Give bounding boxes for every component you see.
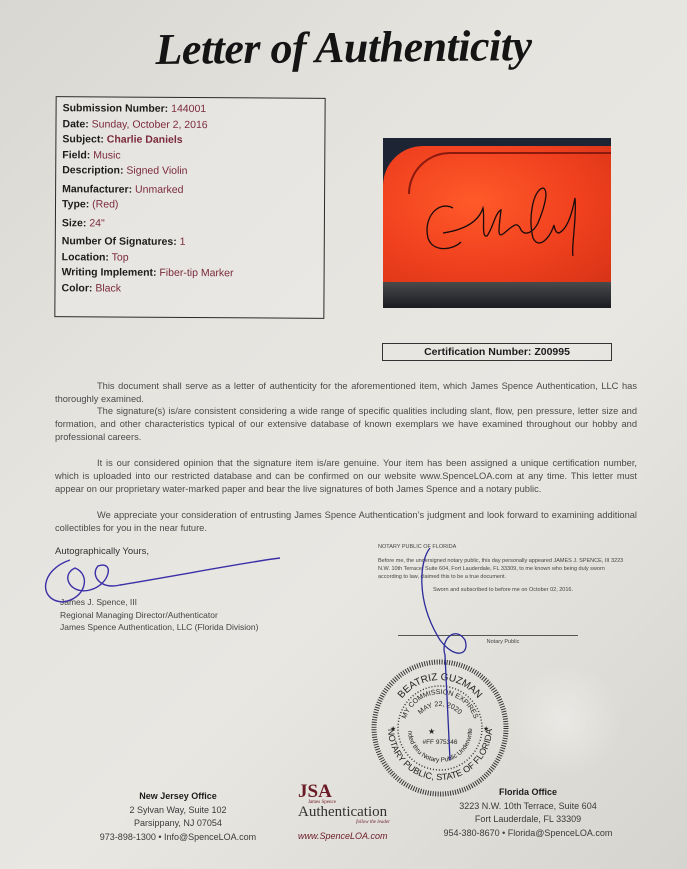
detail-label: Submission Number: xyxy=(63,102,169,115)
notary-block: NOTARY PUBLIC OF FLORIDA Before me, the … xyxy=(378,543,628,594)
detail-row: Size: 24" xyxy=(62,216,318,233)
detail-label: Field: xyxy=(62,149,90,161)
item-details-box: Submission Number: 144001Date: Sunday, O… xyxy=(54,96,325,319)
detail-label: Date: xyxy=(62,118,88,130)
detail-label: Size: xyxy=(62,217,87,229)
fl-office-line1: 3223 N.W. 10th Terrace, Suite 604 xyxy=(418,800,638,814)
detail-row: Description: Signed Violin xyxy=(62,163,318,180)
paragraph-3: It is our considered opinion that the si… xyxy=(55,457,637,496)
svg-text:NOTARY PUBLIC, STATE OF FLORID: NOTARY PUBLIC, STATE OF FLORIDA xyxy=(386,728,494,782)
fl-office-heading: Florida Office xyxy=(418,786,638,800)
fl-office: Florida Office 3223 N.W. 10th Terrace, S… xyxy=(418,786,638,840)
signoff: Autographically Yours, xyxy=(55,546,149,557)
notary-sworn: Sworn and subscribed to before me on Oct… xyxy=(378,586,628,594)
svg-text:★: ★ xyxy=(390,725,396,733)
svg-text:#FF 975346: #FF 975346 xyxy=(422,739,457,746)
detail-value: 1 xyxy=(180,236,186,248)
detail-row: Field: Music xyxy=(62,148,318,165)
paragraph-4: We appreciate your consideration of entr… xyxy=(55,509,637,535)
paragraph-text: The signature(s) is/are consistent consi… xyxy=(55,405,637,444)
detail-row: Number Of Signatures: 1 xyxy=(62,234,318,251)
website-link[interactable]: www.SpenceLOA.com xyxy=(298,831,408,841)
item-photo xyxy=(383,138,611,308)
detail-label: Location: xyxy=(62,251,109,263)
notary-seal-icon: BEATRIZ GUZMAN MY COMMISSION EXPIRES MAY… xyxy=(370,658,510,798)
certification-number: Certification Number: Z00995 xyxy=(382,343,612,361)
detail-row: Manufacturer: Unmarked xyxy=(62,182,318,199)
logo-tagline: follow the leader xyxy=(298,820,390,825)
detail-label: Color: xyxy=(61,282,92,294)
logo-word: Authentication xyxy=(298,805,408,820)
notary-signature-line xyxy=(398,635,578,636)
detail-label: Number Of Signatures: xyxy=(62,235,177,248)
paragraph-text: This document shall serve as a letter of… xyxy=(55,380,637,406)
notary-statement: Before me, the undersigned notary public… xyxy=(378,557,628,581)
detail-value: Black xyxy=(95,282,121,294)
paragraph-text: We appreciate your consideration of entr… xyxy=(55,509,637,535)
nj-office-line1: 2 Sylvan Way, Suite 102 xyxy=(88,804,268,818)
detail-value: 24" xyxy=(89,217,104,229)
detail-row: Color: Black xyxy=(61,281,317,298)
detail-value: Signed Violin xyxy=(126,165,187,177)
nj-office-heading: New Jersey Office xyxy=(88,790,268,804)
nj-office-line2: Parsippany, NJ 07054 xyxy=(88,817,268,831)
paragraph-text: It is our considered opinion that the si… xyxy=(55,457,637,496)
paragraph-2: The signature(s) is/are consistent consi… xyxy=(55,405,637,444)
detail-row: Subject: Charlie Daniels xyxy=(62,132,318,149)
detail-label: Manufacturer: xyxy=(62,183,132,195)
detail-label: Subject: xyxy=(62,133,103,145)
detail-value: Unmarked xyxy=(135,183,184,195)
detail-value: Fiber-tip Marker xyxy=(159,267,233,279)
detail-value: Top xyxy=(112,251,129,263)
nj-office-contact: 973-898-1300 • Info@SpenceLOA.com xyxy=(88,831,268,845)
detail-label: Type: xyxy=(62,198,89,210)
autograph-signature-icon xyxy=(383,138,611,308)
nj-office: New Jersey Office 2 Sylvan Way, Suite 10… xyxy=(88,790,268,844)
notary-line-label: Notary Public xyxy=(378,638,628,646)
notary-heading: NOTARY PUBLIC OF FLORIDA xyxy=(378,543,628,551)
detail-label: Writing Implement: xyxy=(62,266,157,279)
signer-info: James J. Spence, III Regional Managing D… xyxy=(60,596,280,634)
fl-office-contact: 954-380-8670 • Florida@SpenceLOA.com xyxy=(418,827,638,841)
svg-text:★: ★ xyxy=(428,727,435,736)
detail-value: Sunday, October 2, 2016 xyxy=(92,118,208,131)
detail-value: Charlie Daniels xyxy=(107,133,183,145)
detail-label: Description: xyxy=(62,164,123,176)
paragraph-1: This document shall serve as a letter of… xyxy=(55,380,637,406)
detail-row: Type: (Red) xyxy=(62,197,318,214)
logo-mark: JSA xyxy=(298,783,408,800)
detail-value: (Red) xyxy=(92,198,118,210)
jsa-logo: JSA James Spence Authentication follow t… xyxy=(298,783,408,841)
detail-row: Writing Implement: Fiber-tip Marker xyxy=(62,265,318,282)
detail-row: Submission Number: 144001 xyxy=(63,101,319,118)
embossed-seal xyxy=(510,660,620,780)
detail-value: Music xyxy=(93,149,120,161)
svg-text:BEATRIZ GUZMAN: BEATRIZ GUZMAN xyxy=(396,672,484,701)
fl-office-line2: Fort Lauderdale, FL 33309 xyxy=(418,813,638,827)
detail-row: Location: Top xyxy=(62,250,318,267)
signer-company: James Spence Authentication, LLC (Florid… xyxy=(60,621,280,634)
detail-row: Date: Sunday, October 2, 2016 xyxy=(62,117,318,134)
signer-name: James J. Spence, III xyxy=(60,596,280,609)
page-title: Letter of Authenticity xyxy=(0,18,687,76)
closing-text: Autographically Yours, xyxy=(55,546,149,557)
detail-value: 144001 xyxy=(171,103,206,115)
svg-text:★: ★ xyxy=(483,725,489,733)
svg-text:MAY 22, 2020: MAY 22, 2020 xyxy=(417,701,463,716)
signer-role: Regional Managing Director/Authenticator xyxy=(60,609,280,622)
